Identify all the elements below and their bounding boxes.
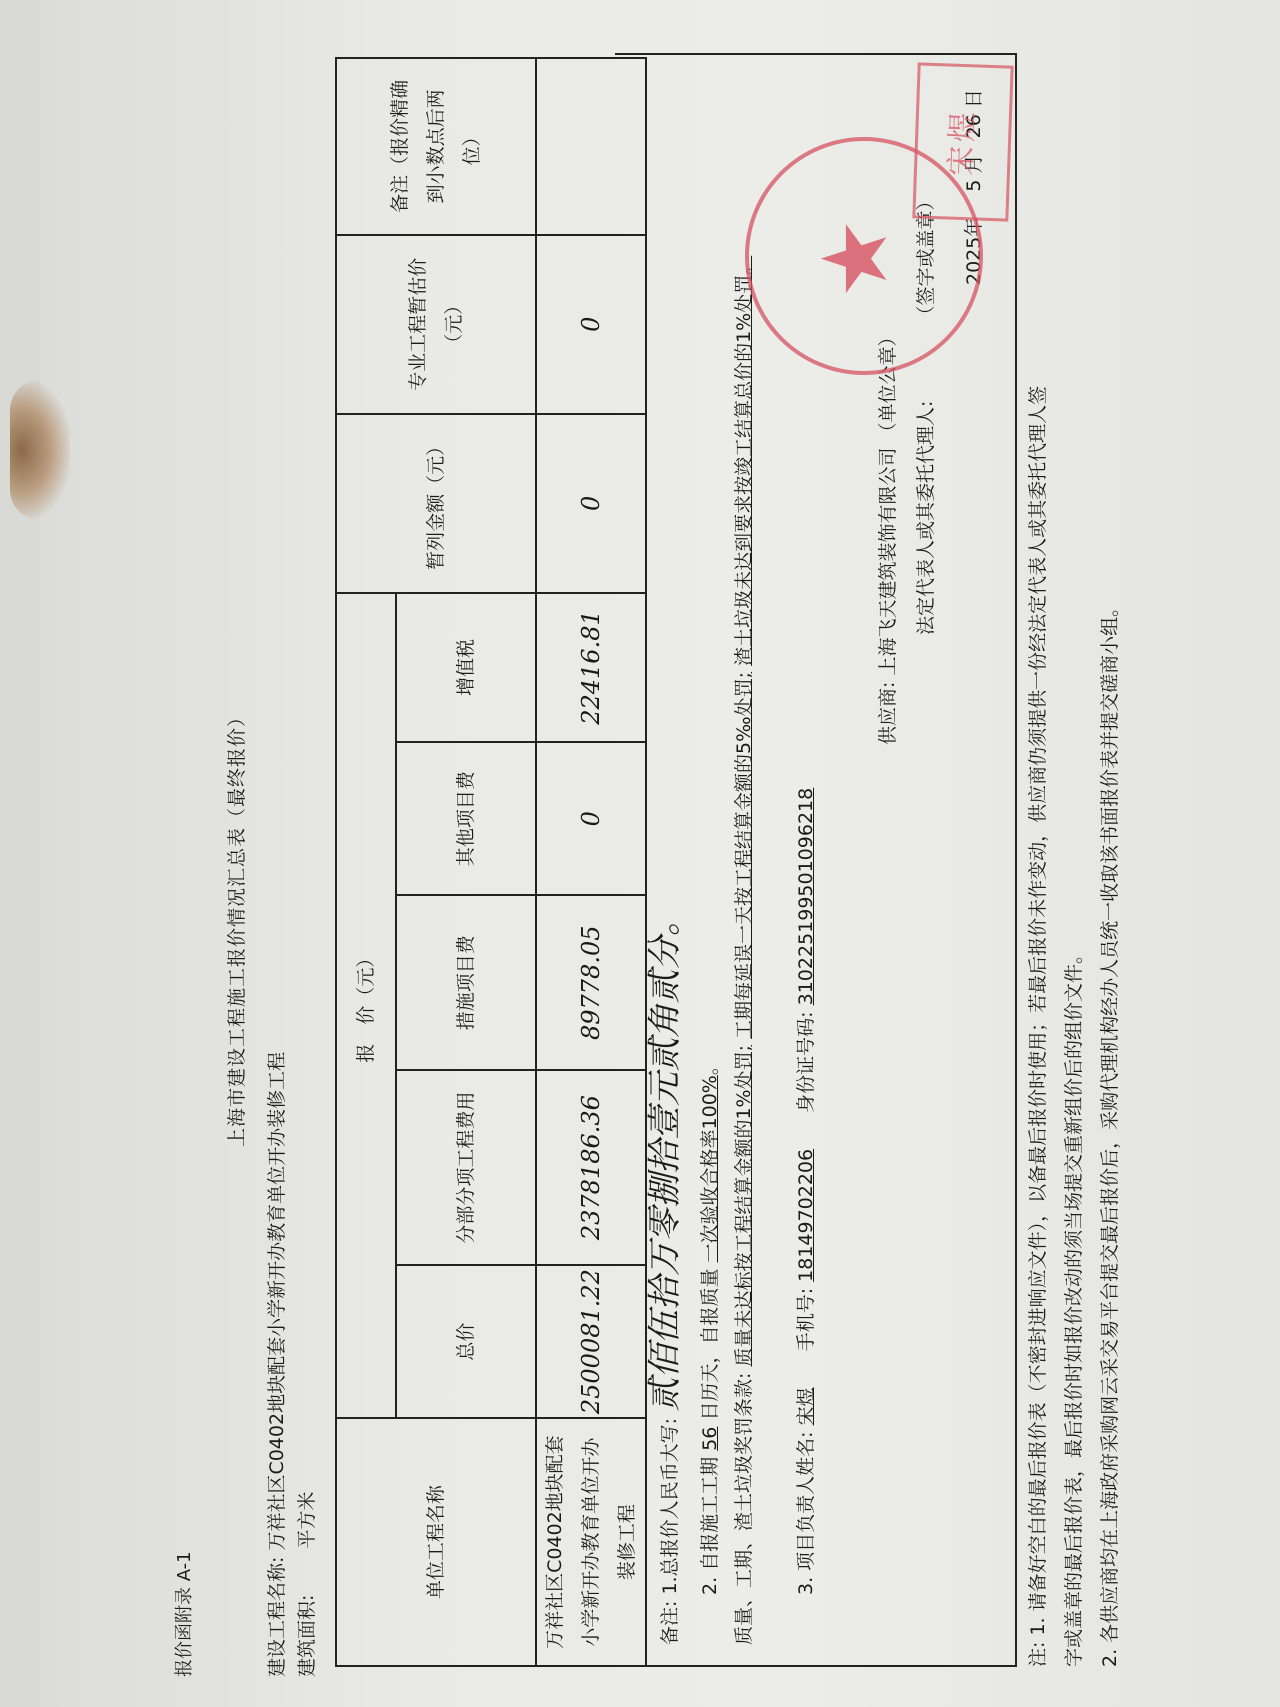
rep-label: 法定代表人或其委托代理人: [915, 401, 937, 635]
personal-seal: 宋煜 [912, 62, 1013, 221]
amount-in-words: 贰佰伍拾万零捌拾壹元贰角贰分。 [645, 902, 685, 1412]
project-name-label: 建设工程名称: [266, 1557, 288, 1677]
supplier-name: 上海飞天建筑装饰有限公司 [877, 448, 899, 676]
seal-star-icon: ★ [811, 218, 901, 299]
project-name: 万祥社区C0402地块配套小学新开办教育单位开办装修工程 [266, 1052, 288, 1551]
remarks-section: 备注: 1.总报价人民币大写: 贰佰伍拾万零捌拾壹元贰角贰分。 2. 自报施工工… [615, 53, 1017, 1667]
remark-2-penalty: 质量、工期、渣土垃圾奖罚条款: 质量未达标按工程结算金额的1%处罚; 工期每延误… [729, 256, 756, 1645]
remark-2-end: 。 [699, 1056, 721, 1075]
remark-3: 3. 项目负责人姓名: 宋煜 手机号: 18149702206 身份证号码: 3… [791, 788, 818, 1595]
area-unit: 平方米 [296, 1492, 318, 1549]
quality-commitment: 一次验收合格率100% [699, 1075, 721, 1262]
header-quote-group: 报 价（元） [336, 593, 396, 1418]
manager-name: 宋煜 [795, 1387, 817, 1425]
remarks-label: 备注: [659, 1601, 681, 1645]
note-1: 注: 1. 请备好空白的最后报价表（不密封进响应文件），以备最后报价时使用；若最… [1020, 386, 1056, 1667]
remark-1-label: 1.总报价人民币大写: [659, 1418, 681, 1595]
note-1-cont: 字或盖章的最后报价表，最后报价时如报价改动的须当场提交重新组价后的组价文件。 [1056, 386, 1092, 1667]
penalty-delay: 工期每延误一天按工程结算金额的5‰处罚; [733, 672, 755, 1039]
footer-notes: 注: 1. 请备好空白的最后报价表（不密封进响应文件），以备最后报价时使用；若最… [1020, 386, 1128, 1667]
id-label: 身份证号码: [795, 1011, 817, 1112]
remark-2-mid: 日历天，自报质量 [699, 1269, 721, 1421]
note-2: 2. 各供应商均在上海政府采购网云采交易平台提交最后报价后，采购代理机构经办人员… [1092, 386, 1128, 1667]
construction-days: 56 [699, 1427, 721, 1451]
manager-name-label: 3. 项目负责人姓名: [795, 1431, 817, 1595]
supplier-label: 供应商: [877, 682, 899, 745]
area-line: 建筑面积: 平方米 [292, 1492, 319, 1677]
header-other-items: 其他项目费 [396, 742, 536, 895]
remark-2-prefix: 2. 自报施工工期 [699, 1457, 721, 1595]
id-number: 310225199501096218 [795, 788, 817, 1006]
page-title: 上海市建设工程施工报价情况汇总表（最终报价） [222, 707, 249, 1147]
supplier-line: 供应商: 上海飞天建筑装饰有限公司 （单位公章） [873, 327, 900, 745]
remark-1: 备注: 1.总报价人民币大写: 贰佰伍拾万零捌拾壹元贰角贰分。 [637, 902, 686, 1645]
header-vat: 增值税 [396, 593, 536, 742]
header-remarks: 备注（报价精确到小数点后两位） [336, 58, 536, 235]
header-sub-items: 分部分项工程费用 [396, 1070, 536, 1265]
rotated-document: 报价函附录 A-1 上海市建设工程施工报价情况汇总表（最终报价） 建设工程名称:… [0, 0, 1280, 1707]
header-measures: 措施项目费 [396, 895, 536, 1070]
header-total: 总价 [396, 1265, 536, 1418]
phone-label: 手机号: [795, 1288, 817, 1351]
header-specialty-estimate: 专业工程暂估价（元） [336, 235, 536, 414]
phone-number: 18149702206 [795, 1149, 817, 1282]
penalty-quality: 质量未达标按工程结算金额的1%处罚; [733, 1045, 755, 1367]
appendix-label: 报价函附录 A-1 [170, 1551, 196, 1677]
quote-table: 单位工程名称 报 价（元） 暂列金额（元） 专业工程暂估价（元） 备注（报价精确… [335, 57, 647, 1667]
area-label: 建筑面积: [296, 1595, 318, 1677]
header-provisional-sum: 暂列金额（元） [336, 414, 536, 593]
remark-2: 2. 自报施工工期 56 日历天，自报质量 一次验收合格率100%。 [695, 1056, 722, 1595]
header-unit-name: 单位工程名称 [336, 1418, 536, 1666]
penalty-label: 质量、工期、渣土垃圾奖罚条款: [733, 1373, 755, 1645]
project-name-line: 建设工程名称: 万祥社区C0402地块配套小学新开办教育单位开办装修工程 [262, 1052, 289, 1677]
penalty-waste: 渣土垃圾未达到要求按竣工结算总价的1%处罚。 [733, 256, 755, 666]
